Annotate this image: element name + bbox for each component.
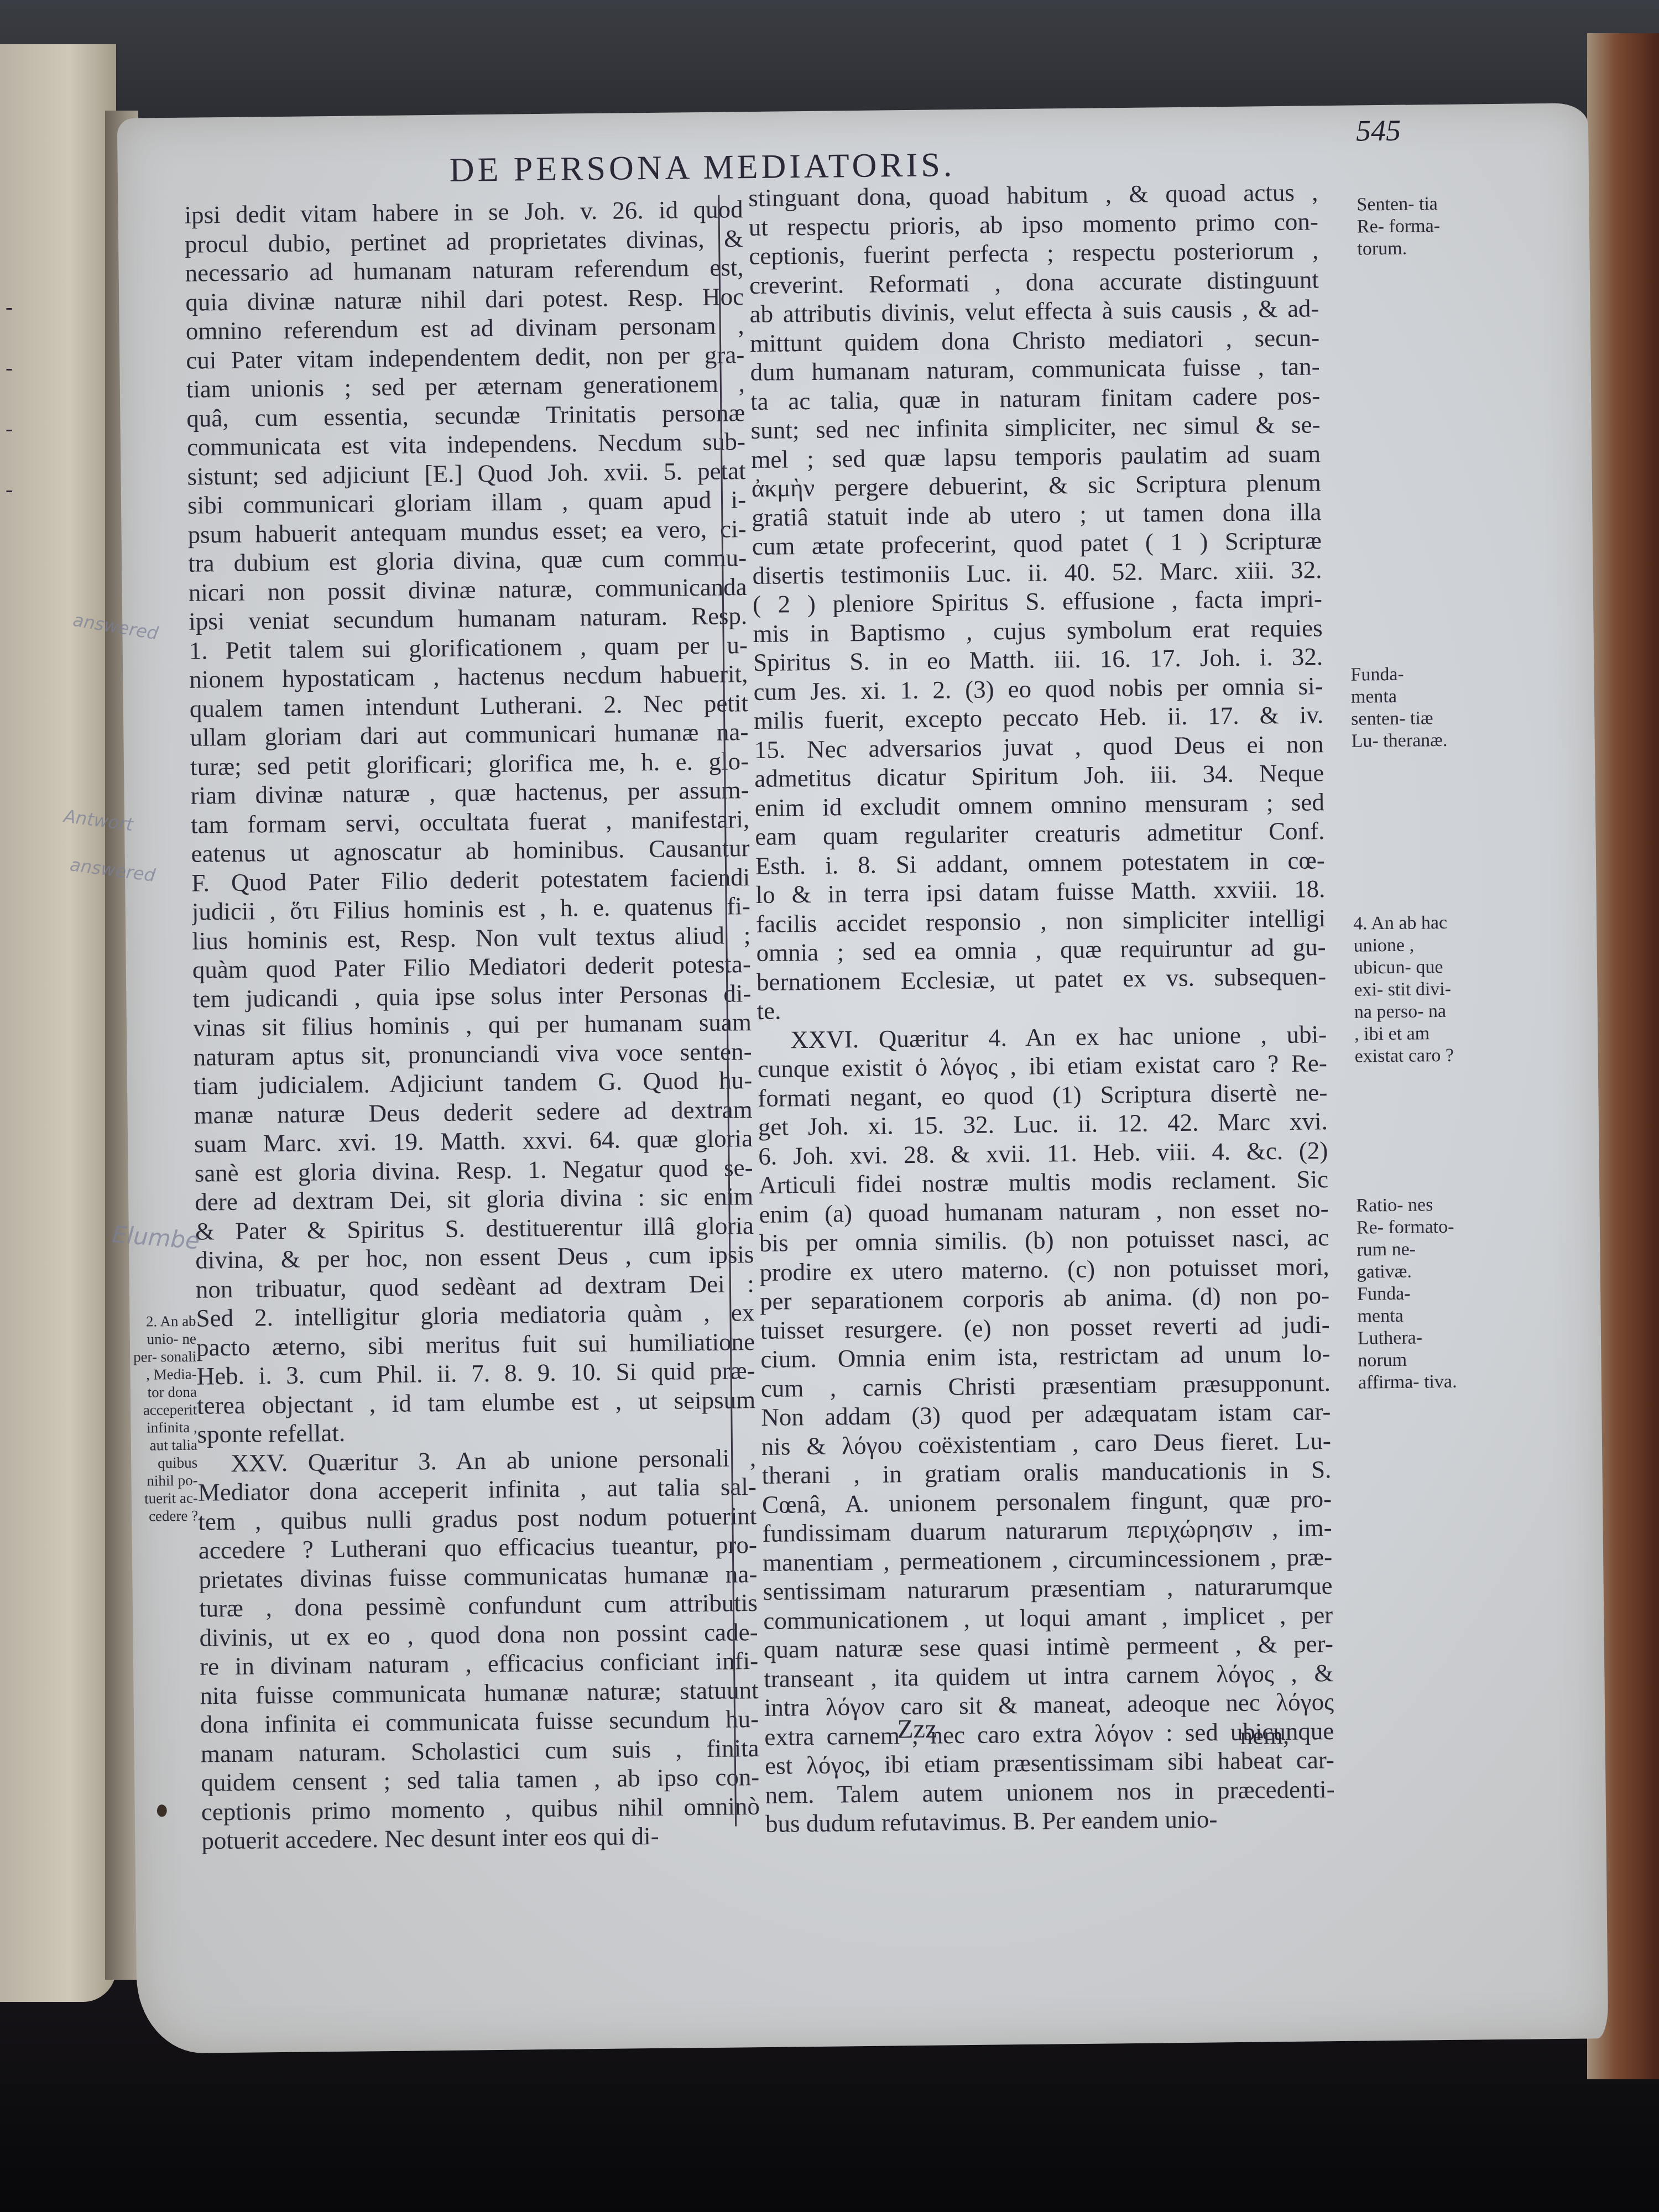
- text-line: bus dudum refutavimus. B. Per eandem uni…: [765, 1803, 1335, 1838]
- ink-spot: [157, 1804, 167, 1817]
- text-line: ceptionis primo momento , quibus nihil o…: [201, 1792, 760, 1827]
- page-header: DE PERSONA MEDIATORIS. 545: [449, 112, 1500, 179]
- facing-page-edge: ----: [0, 44, 116, 2002]
- text-line: potuerit accedere. Nec desunt inter eos …: [201, 1820, 760, 1855]
- catchword: nem,: [1240, 1721, 1289, 1750]
- facing-page-marks: ----: [6, 276, 13, 520]
- margin-note-sententia-reformatorum: Senten- tia Re- forma- torum.: [1357, 193, 1457, 260]
- book-page: DE PERSONA MEDIATORIS. 545 ipsi dedit vi…: [117, 103, 1609, 2054]
- left-column: ipsi dedit vitam habere in se Joh. v. 26…: [184, 195, 760, 1855]
- text-line: bernationem Ecclesiæ, ut patet ex vs. su…: [757, 962, 1326, 997]
- margin-note-question-4: 4. An ab hac unione , ubicun- que exi- s…: [1353, 912, 1454, 1068]
- margin-note-question-2: 2. An ab unio- ne per- sonali , Media- t…: [129, 1312, 198, 1525]
- text-line: nem. Talem autem unionem nos in præceden…: [765, 1775, 1334, 1809]
- right-column: stinguant dona, quoad habitum , & quoad …: [748, 178, 1335, 1838]
- margin-note-rationes: Ratio- nes Re- formato- rum ne- gativæ. …: [1356, 1194, 1458, 1394]
- page-number: 545: [1356, 113, 1401, 148]
- text-line: terea objectant , id tam elumbe est , ut…: [197, 1385, 755, 1420]
- signature-mark: Zzz: [897, 1714, 937, 1745]
- margin-note-fundamenta-lutheranae: Funda- menta senten- tiæ Lu- theranæ.: [1350, 663, 1451, 753]
